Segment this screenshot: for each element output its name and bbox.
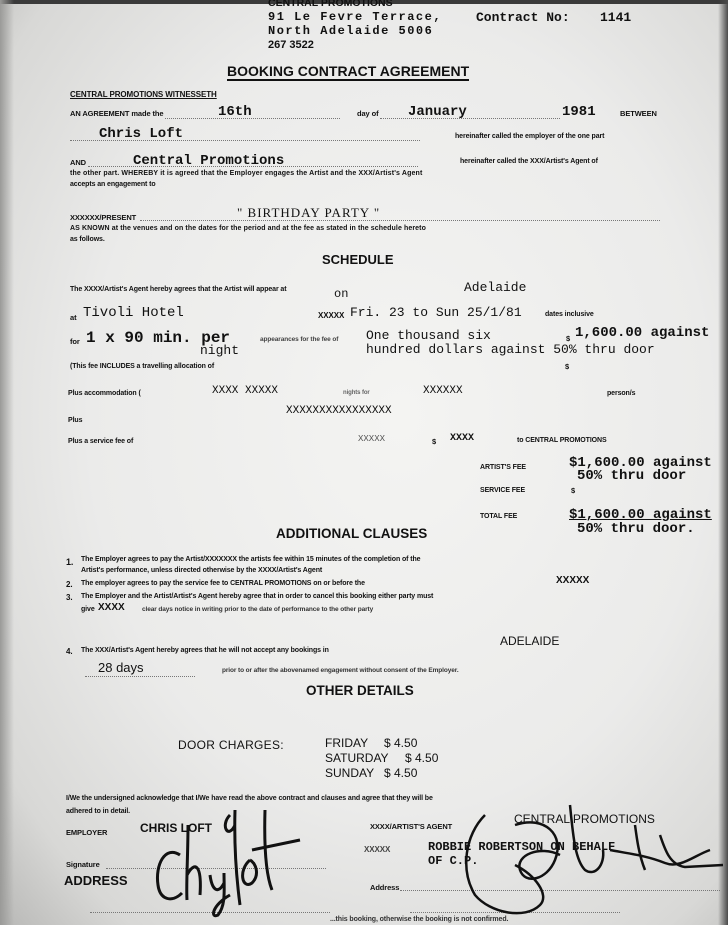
agreement-day: 16th — [218, 104, 252, 120]
agent-address-label: Address — [370, 883, 399, 892]
agent-desc: hereinafter called the XXX/Artist's Agen… — [460, 158, 598, 165]
schedule-heading: SCHEDULE — [322, 252, 394, 267]
agent-name: Central Promotions — [133, 153, 284, 169]
scan-edge-left — [0, 0, 14, 925]
door-charge-friday-price: $ 4.50 — [384, 736, 417, 750]
clause-4-number: 4. — [66, 647, 72, 656]
service-fee-summary-label: SERVICE FEE — [480, 487, 525, 494]
other-details-heading: OTHER DETAILS — [306, 683, 414, 698]
clause-1-number: 1. — [66, 557, 73, 567]
accommodation-value-2: XXXXXX — [423, 385, 463, 397]
performance-dates: Fri. 23 to Sun 25/1/81 — [350, 305, 522, 320]
door-charge-sunday-price: $ 4.50 — [384, 766, 417, 780]
door-charges-label: DOOR CHARGES: — [178, 738, 284, 752]
plus-label: Plus — [68, 417, 82, 424]
total-fee-value-2: 50% thru door. — [577, 521, 695, 537]
day-of-label: day of — [357, 109, 379, 118]
service-fee-to: to CENTRAL PROMOTIONS — [517, 437, 607, 444]
witnesseth-heading: CENTRAL PROMOTIONS WITNESSETH — [70, 90, 217, 99]
contract-number: 1141 — [600, 10, 631, 25]
at-label: at — [70, 313, 76, 322]
employer-label: EMPLOYER — [66, 828, 107, 837]
clause-4-days: 28 days — [98, 660, 144, 675]
appearances-night: night — [200, 343, 239, 358]
fee-in-words-2: hundred dollars against 50% thru door — [366, 342, 655, 357]
contract-number-label: Contract No: — [476, 10, 570, 25]
fee-amount: 1,600.00 against — [575, 325, 709, 341]
address-line-2: North Adelaide 5006 — [268, 24, 433, 38]
clause-2-value: XXXXX — [556, 575, 589, 586]
agreement-month: January — [408, 104, 467, 120]
employer-name: Chris Loft — [99, 126, 183, 142]
total-fee-label: TOTAL FEE — [480, 513, 517, 520]
fee-text: appearances for the fee of — [260, 336, 338, 343]
scan-edge-right — [718, 0, 728, 925]
door-charge-saturday-price: $ 4.50 — [405, 751, 438, 765]
clause-3-give: give — [81, 606, 95, 613]
signature-label: Signature — [66, 860, 100, 869]
clause-1-text: The Employer agrees to pay the Artist/XX… — [81, 556, 420, 563]
clause-3-text-2: clear days notice in writing prior to th… — [142, 606, 373, 613]
agreement-year: 1981 — [562, 104, 596, 120]
phone-number: 267 3522 — [268, 39, 314, 51]
clause-1-text-2: Artist's performance, unless directed ot… — [81, 567, 322, 574]
present-label: XXXXXX/PRESENT — [70, 213, 136, 222]
whereby-text: the other part. WHEREBY it is agreed tha… — [70, 170, 422, 177]
clause-2-text: The employer agrees to pay the service f… — [81, 580, 365, 587]
clause-3-number: 3. — [66, 593, 72, 602]
acknowledge-text-2: adhered to in detail. — [66, 808, 130, 815]
venue-name: Tivoli Hotel — [83, 305, 184, 321]
accommodation-label: Plus accommodation ( — [68, 390, 141, 397]
as-known-text: AS KNOWN at the venues and on the dates … — [70, 225, 426, 232]
schedule-city: Adelaide — [464, 280, 526, 295]
document-title: BOOKING CONTRACT AGREEMENT — [227, 63, 469, 81]
clause-3-value: XXXX — [98, 602, 125, 613]
on-label: on — [334, 287, 348, 301]
agreement-made-label: AN AGREEMENT made the — [70, 109, 163, 118]
artist-fee-label: ARTIST'S FEE — [480, 464, 526, 471]
between-label: BETWEEN — [620, 109, 657, 118]
clauses-heading: ADDITIONAL CLAUSES — [276, 526, 427, 541]
clause-4-text: The XXX/Artist's Agent hereby agrees tha… — [81, 647, 329, 654]
door-charge-friday-day: FRIDAY — [325, 736, 368, 750]
agent-signature-icon — [455, 795, 728, 925]
company-name: CENTRAL PROMOTIONS — [268, 0, 393, 9]
appear-text: The XXXX/Artist's Agent hereby agrees th… — [70, 286, 286, 293]
accommodation-nights: nights for — [343, 390, 370, 396]
persons-label: person/s — [607, 390, 635, 397]
door-charge-saturday-day: SATURDAY — [325, 751, 389, 765]
includes-text: (This fee INCLUDES a travelling allocati… — [70, 363, 214, 370]
contract-document: CENTRAL PROMOTIONS 91 Le Fevre Terrace, … — [0, 0, 728, 925]
plus-value: XXXXXXXXXXXXXXXX — [286, 405, 392, 417]
fee-dollar-sign: $ — [566, 334, 570, 343]
service-fee-summary-value: $ — [571, 486, 575, 495]
door-charge-sunday-day: SUNDAY — [325, 766, 374, 780]
service-fee-value-2: XXXX — [450, 433, 474, 444]
clause-3-text: The Employer and the Artist/Artist's Age… — [81, 593, 433, 600]
and-label: AND — [70, 158, 86, 167]
accommodation-value-1: XXXX XXXXX — [212, 385, 278, 397]
employer-desc: hereinafter called the employer of the o… — [455, 133, 604, 140]
clause-4-text-2: prior to or after the abovenamed engagem… — [222, 667, 459, 674]
clause-2-number: 2. — [66, 580, 72, 589]
for-label: for — [70, 337, 80, 346]
service-fee-value-1: XXXXX — [358, 434, 385, 444]
as-follows-text: as follows. — [70, 236, 105, 243]
agent-prefix: XXXXX — [364, 845, 390, 854]
agent-label: XXXX/ARTIST'S AGENT — [370, 822, 452, 831]
accepts-text: accepts an engagement to — [70, 181, 156, 188]
dates-prefix: XXXXX — [318, 311, 344, 320]
address-line-1: 91 Le Fevre Terrace, — [268, 10, 442, 24]
employer-signature-icon — [140, 795, 310, 920]
address-label: ADDRESS — [64, 873, 128, 888]
includes-dollar: $ — [565, 362, 569, 371]
event-name: " BIRTHDAY PARTY " — [237, 205, 380, 221]
clause-4-value: ADELAIDE — [500, 634, 559, 648]
artist-fee-value-2: 50% thru door — [577, 468, 686, 484]
dates-inclusive: dates inclusive — [545, 311, 594, 318]
service-fee-dollar: $ — [432, 437, 436, 446]
fee-in-words-1: One thousand six — [366, 328, 491, 343]
service-fee-label: Plus a service fee of — [68, 438, 133, 445]
